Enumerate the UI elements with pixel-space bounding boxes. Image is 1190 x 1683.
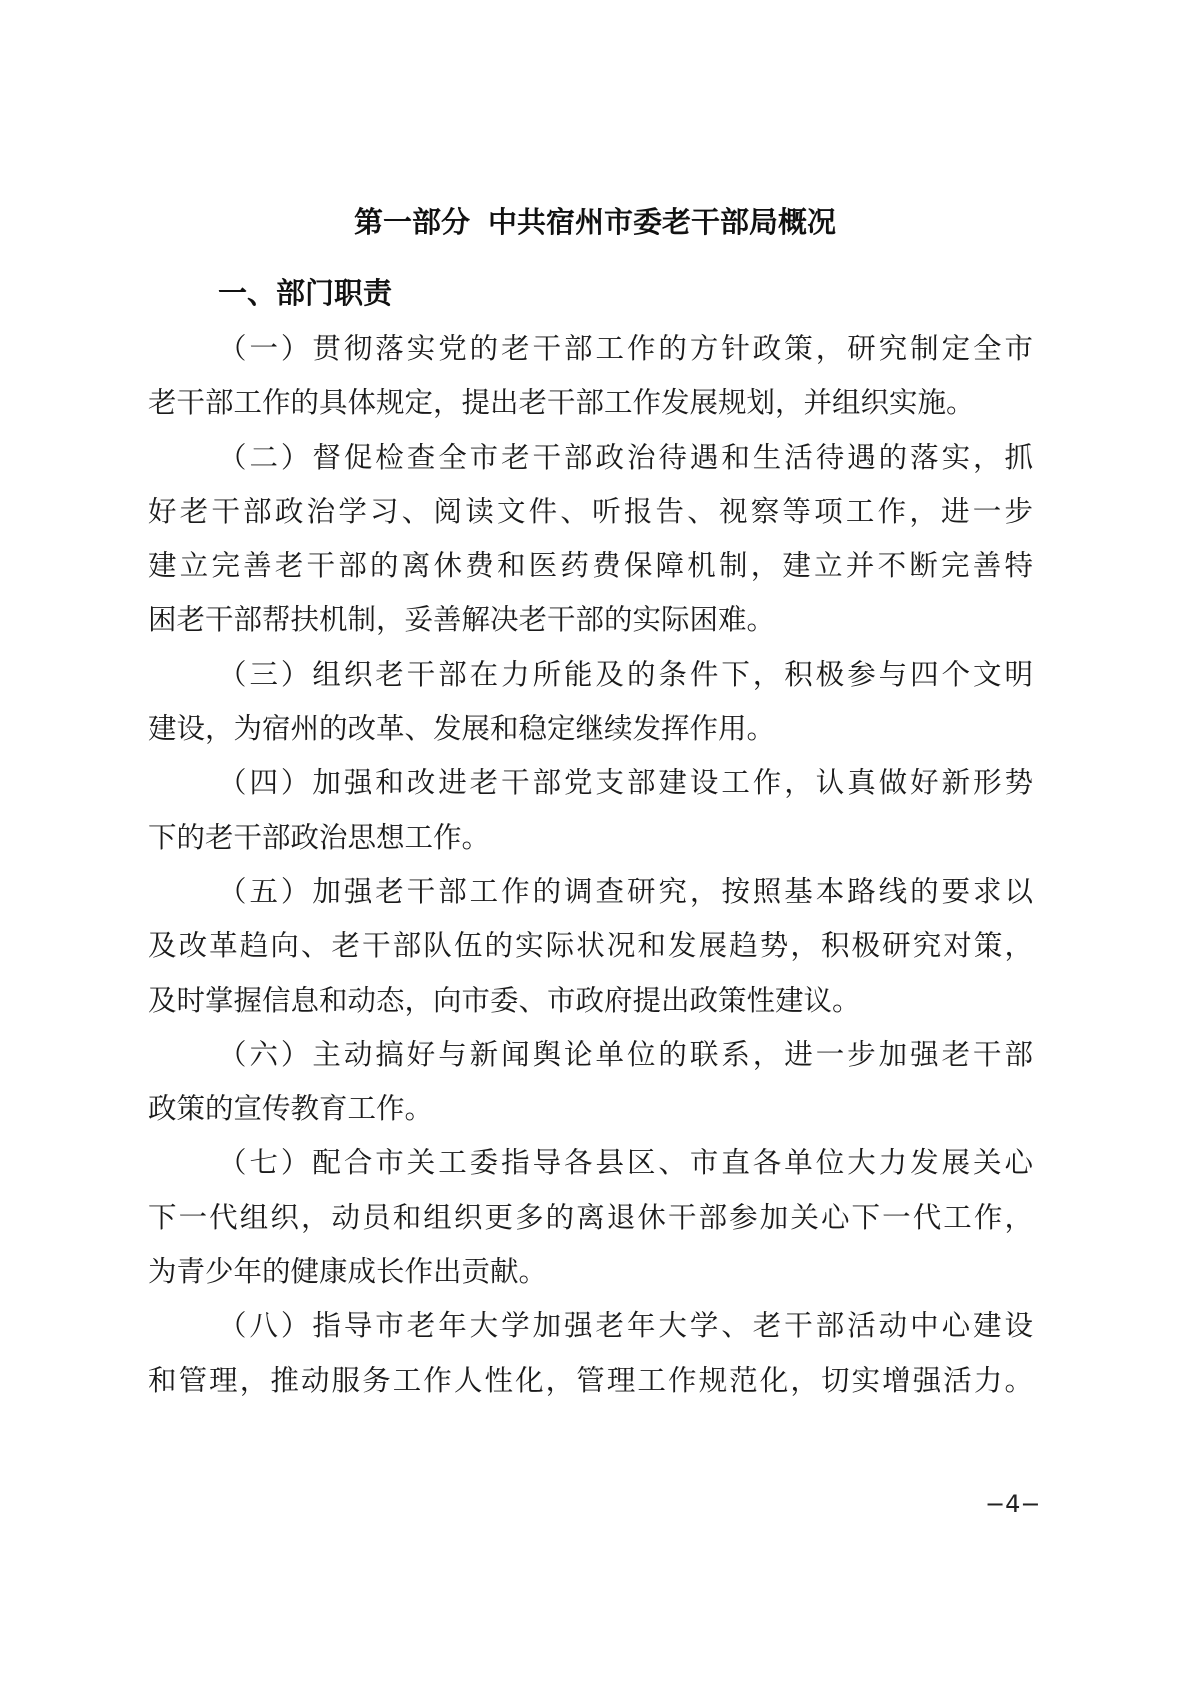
paragraph-8-line-1: （八）指导市老年大学加强老年大学、老干部活动中心建设 — [148, 1299, 1033, 1353]
paragraph-1-line-2: 老干部工作的具体规定，提出老干部工作发展规划，并组织实施。 — [148, 376, 1033, 430]
page-number: −4− — [985, 1488, 1041, 1520]
paragraph-2-line-3: 建立完善老干部的离休费和医药费保障机制，建立并不断完善特 — [148, 539, 1033, 593]
paragraph-5-line-2: 及改革趋向、老干部队伍的实际状况和发展趋势，积极研究对策， — [148, 919, 1033, 973]
paragraph-3-line-1: （三）组织老干部在力所能及的条件下，积极参与四个文明 — [148, 648, 1033, 702]
paragraph-2-line-4: 困老干部帮扶机制，妥善解决老干部的实际困难。 — [148, 593, 1033, 647]
paragraph-2-line-1: （二）督促检查全市老干部政治待遇和生活待遇的落实，抓 — [148, 431, 1033, 485]
paragraph-4-line-1: （四）加强和改进老干部党支部建设工作，认真做好新形势 — [148, 756, 1033, 810]
section-heading-department-duties: 一、部门职责 — [218, 271, 392, 315]
paragraph-7-line-2: 下一代组织，动员和组织更多的离退休干部参加关心下一代工作， — [148, 1191, 1033, 1245]
paragraph-2-line-2: 好老干部政治学习、阅读文件、听报告、视察等项工作，进一步 — [148, 485, 1033, 539]
paragraph-5-line-1: （五）加强老干部工作的调查研究，按照基本路线的要求以 — [148, 865, 1033, 919]
paragraph-7-line-3: 为青少年的健康成长作出贡献。 — [148, 1245, 1033, 1299]
page-title: 第一部分中共宿州市委老干部局概况 — [0, 200, 1190, 244]
body-text: （一）贯彻落实党的老干部工作的方针政策，研究制定全市 老干部工作的具体规定，提出… — [148, 322, 1033, 1408]
title-main: 中共宿州市委老干部局概况 — [488, 205, 836, 239]
paragraph-1-line-1: （一）贯彻落实党的老干部工作的方针政策，研究制定全市 — [148, 322, 1033, 376]
paragraph-5-line-3: 及时掌握信息和动态，向市委、市政府提出政策性建议。 — [148, 974, 1033, 1028]
document-page: 第一部分中共宿州市委老干部局概况 一、部门职责 （一）贯彻落实党的老干部工作的方… — [0, 0, 1190, 1683]
paragraph-4-line-2: 下的老干部政治思想工作。 — [148, 811, 1033, 865]
paragraph-7-line-1: （七）配合市关工委指导各县区、市直各单位大力发展关心 — [148, 1136, 1033, 1190]
title-part-label: 第一部分 — [354, 205, 470, 239]
paragraph-6-line-1: （六）主动搞好与新闻舆论单位的联系，进一步加强老干部 — [148, 1028, 1033, 1082]
paragraph-8-line-2: 和管理，推动服务工作人性化，管理工作规范化，切实增强活力。 — [148, 1354, 1033, 1408]
paragraph-6-line-2: 政策的宣传教育工作。 — [148, 1082, 1033, 1136]
paragraph-3-line-2: 建设，为宿州的改革、发展和稳定继续发挥作用。 — [148, 702, 1033, 756]
